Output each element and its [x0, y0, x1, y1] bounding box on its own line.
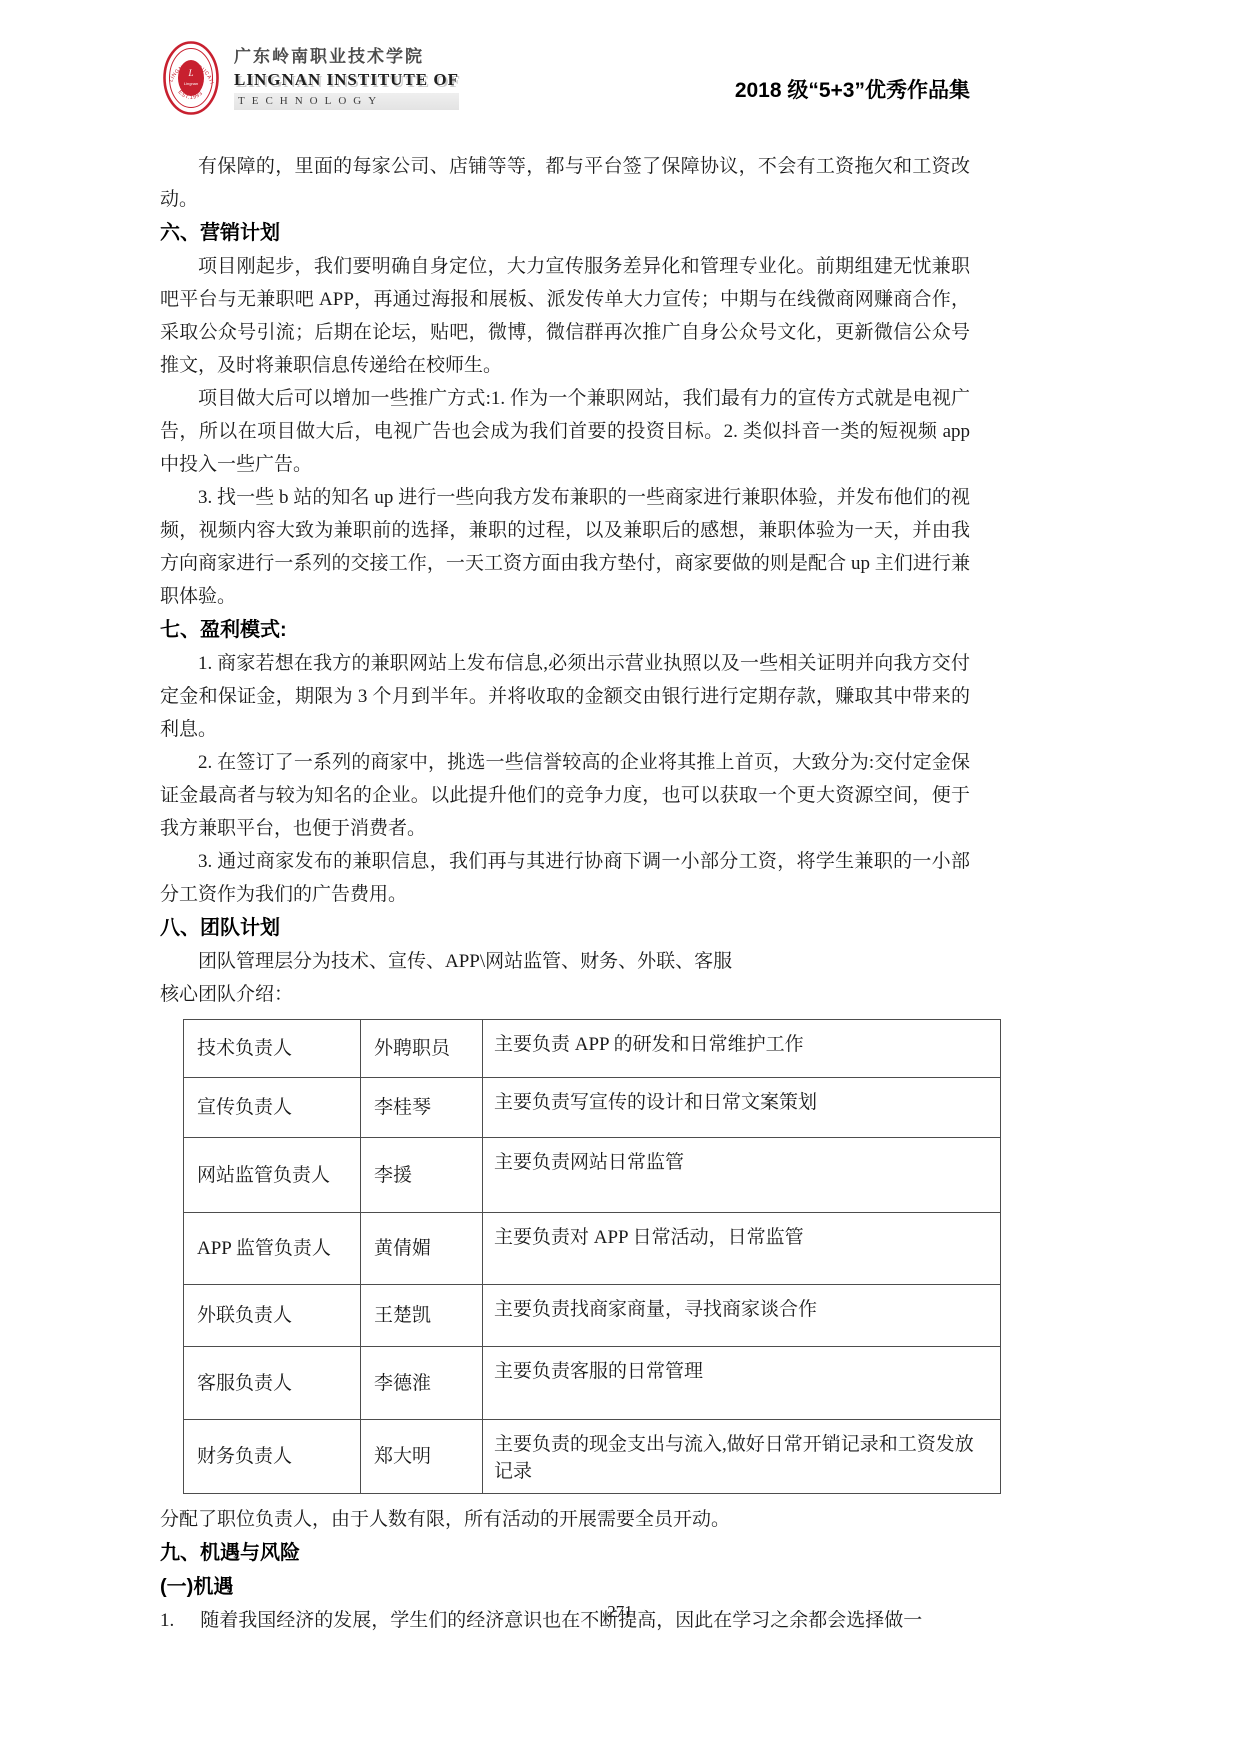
table-row: 财务负责人郑大明主要负责的现金支出与流入,做好日常开销记录和工资发放记录	[184, 1420, 1001, 1494]
name-cell: 郑大明	[361, 1420, 483, 1494]
role-cell: 客服负责人	[184, 1347, 361, 1420]
page-number: 271	[607, 1602, 633, 1621]
school-brand: LINGNAN EDUCATION EST.1993 L Lingnan 广东岭…	[162, 40, 459, 116]
name-cell: 李德淮	[361, 1347, 483, 1420]
page-header: LINGNAN EDUCATION EST.1993 L Lingnan 广东岭…	[162, 40, 970, 136]
team-table: 技术负责人外聘职员主要负责 APP 的研发和日常维护工作宣传负责人李桂琴主要负责…	[183, 1019, 1001, 1494]
role-cell: 财务负责人	[184, 1420, 361, 1494]
document-content: 有保障的，里面的每家公司、店铺等等，都与平台签了保障协议，不会有工资拖欠和工资改…	[160, 150, 970, 1637]
table-row: 客服负责人李德淮主要负责客服的日常管理	[184, 1347, 1001, 1420]
paragraph-profit-1: 1. 商家若想在我方的兼职网站上发布信息,必须出示营业执照以及一些相关证明并向我…	[160, 647, 970, 746]
duty-cell: 主要负责网站日常监管	[483, 1138, 1001, 1213]
name-cell: 李援	[361, 1138, 483, 1213]
duty-cell: 主要负责找商家商量，寻找商家谈合作	[483, 1285, 1001, 1347]
subsection-heading-opportunity: (一)机遇	[160, 1570, 970, 1604]
table-row: 网站监管负责人李援主要负责网站日常监管	[184, 1138, 1001, 1213]
role-cell: 外联负责人	[184, 1285, 361, 1347]
name-cell: 黄倩媚	[361, 1213, 483, 1285]
section-heading-team: 八、团队计划	[160, 911, 970, 945]
document-page: LINGNAN EDUCATION EST.1993 L Lingnan 广东岭…	[0, 0, 1240, 1753]
role-cell: APP 监管负责人	[184, 1213, 361, 1285]
duty-cell: 主要负责写宣传的设计和日常文案策划	[483, 1078, 1001, 1138]
paragraph-guarantee: 有保障的，里面的每家公司、店铺等等，都与平台签了保障协议，不会有工资拖欠和工资改…	[160, 150, 970, 216]
role-cell: 网站监管负责人	[184, 1138, 361, 1213]
table-row: 宣传负责人李桂琴主要负责写宣传的设计和日常文案策划	[184, 1078, 1001, 1138]
seal-center-mark: L	[187, 68, 193, 78]
section-heading-marketing: 六、营销计划	[160, 216, 970, 250]
section-heading-opportunity-risk: 九、机遇与风险	[160, 1536, 970, 1570]
role-cell: 宣传负责人	[184, 1078, 361, 1138]
paragraph-marketing-2: 项目做大后可以增加一些推广方式:1. 作为一个兼职网站，我们最有力的宣传方式就是…	[160, 382, 970, 481]
duty-cell: 主要负责对 APP 日常活动，日常监管	[483, 1213, 1001, 1285]
school-name-block: 广东岭南职业技术学院 LINGNAN INSTITUTE OF TECHNOLO…	[234, 46, 459, 110]
paragraph-marketing-3: 3. 找一些 b 站的知名 up 进行一些向我方发布兼职的一些商家进行兼职体验，…	[160, 481, 970, 613]
school-name-en-sub: TECHNOLOGY	[234, 93, 459, 110]
name-cell: 李桂琴	[361, 1078, 483, 1138]
paragraph-marketing-1: 项目刚起步，我们要明确自身定位，大力宣传服务差异化和管理专业化。前期组建无忧兼职…	[160, 250, 970, 382]
duty-cell: 主要负责的现金支出与流入,做好日常开销记录和工资发放记录	[483, 1420, 1001, 1494]
post-table-note: 分配了职位负责人，由于人数有限，所有活动的开展需要全员开动。	[160, 1503, 970, 1536]
paragraph-profit-3: 3. 通过商家发布的兼职信息，我们再与其进行协商下调一小部分工资，将学生兼职的一…	[160, 845, 970, 911]
core-team-label: 核心团队介绍：	[160, 978, 970, 1011]
duty-cell: 主要负责 APP 的研发和日常维护工作	[483, 1020, 1001, 1078]
school-name-en: LINGNAN INSTITUTE OF	[234, 69, 459, 90]
seal-center-sub: Lingnan	[184, 81, 198, 86]
page-footer: 271	[0, 1602, 1240, 1622]
school-seal-logo: LINGNAN EDUCATION EST.1993 L Lingnan	[162, 40, 220, 116]
name-cell: 王楚凯	[361, 1285, 483, 1347]
table-row: 外联负责人王楚凯主要负责找商家商量，寻找商家谈合作	[184, 1285, 1001, 1347]
collection-title: 2018 级“5+3”优秀作品集	[735, 74, 970, 104]
name-cell: 外聘职员	[361, 1020, 483, 1078]
paragraph-profit-2: 2. 在签订了一系列的商家中，挑选一些信誉较高的企业将其推上首页，大致分为:交付…	[160, 746, 970, 845]
paragraph-team-structure: 团队管理层分为技术、宣传、APP\网站监管、财务、外联、客服	[160, 945, 970, 978]
role-cell: 技术负责人	[184, 1020, 361, 1078]
table-row: APP 监管负责人黄倩媚主要负责对 APP 日常活动，日常监管	[184, 1213, 1001, 1285]
school-name-cn: 广东岭南职业技术学院	[234, 46, 459, 67]
duty-cell: 主要负责客服的日常管理	[483, 1347, 1001, 1420]
table-row: 技术负责人外聘职员主要负责 APP 的研发和日常维护工作	[184, 1020, 1001, 1078]
section-heading-profit: 七、盈利模式:	[160, 613, 970, 647]
